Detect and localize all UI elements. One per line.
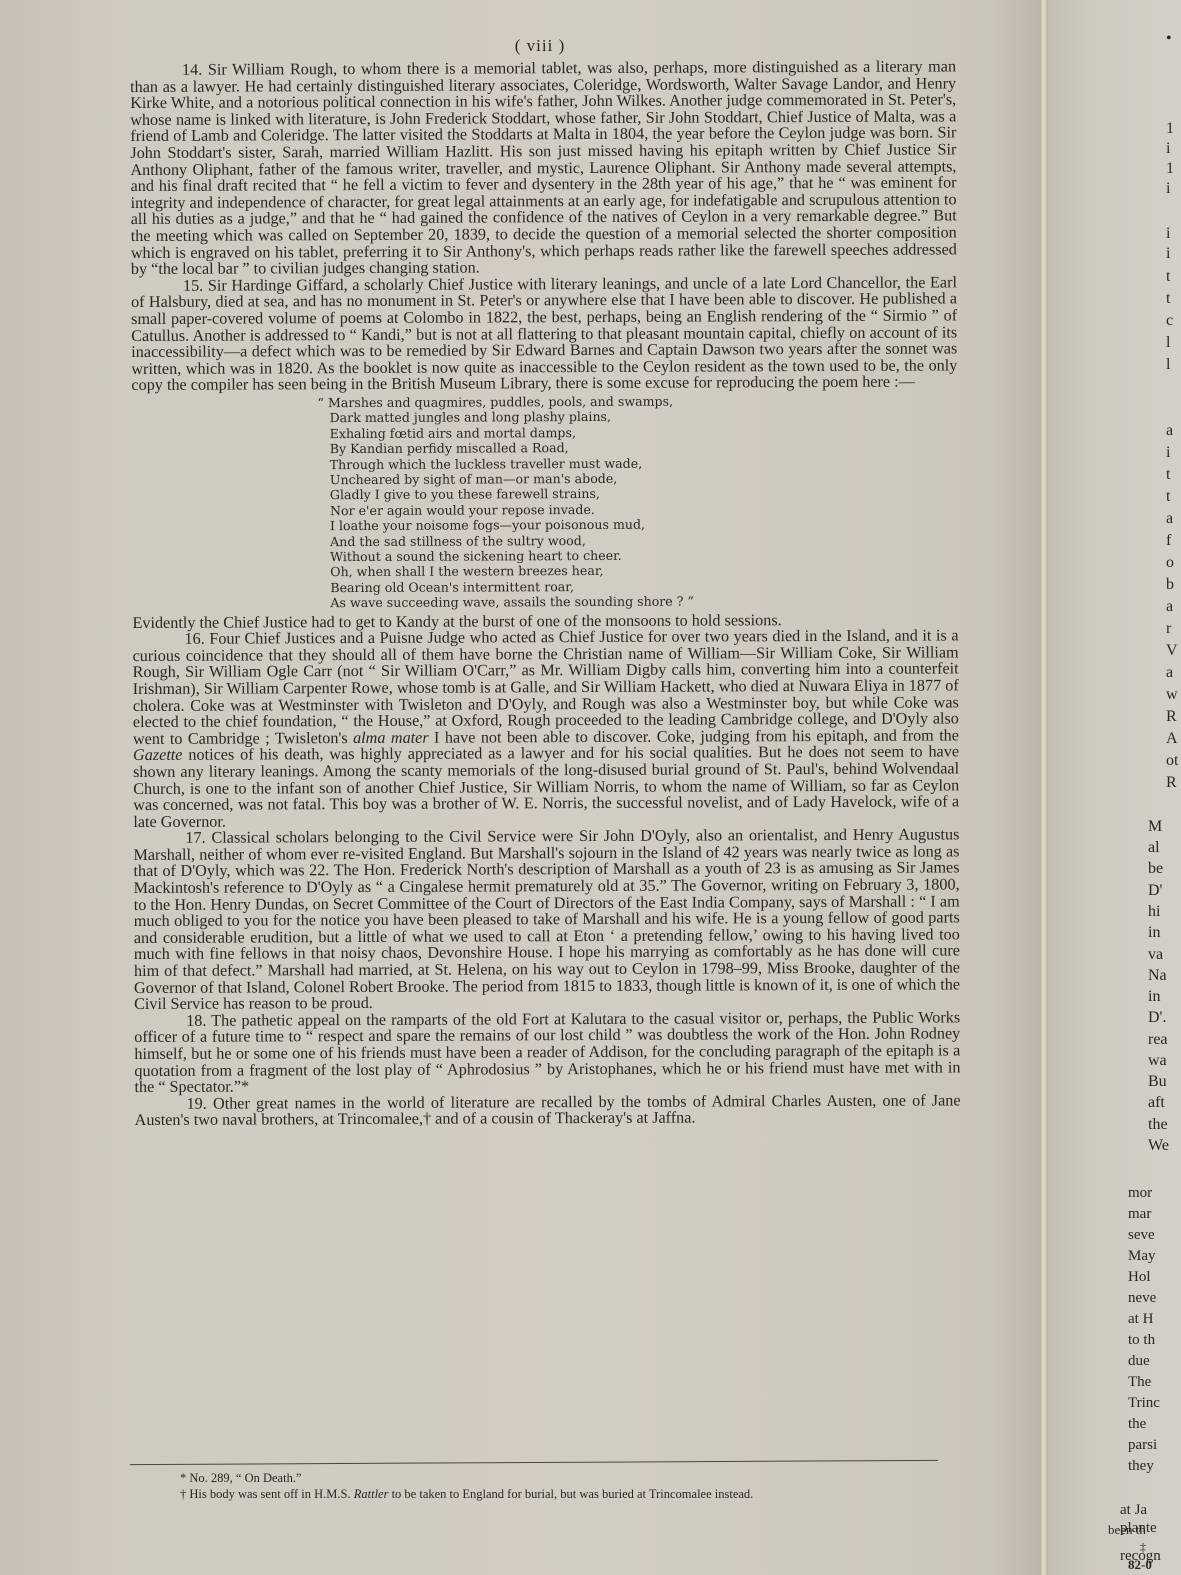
- next-page-fragment: a: [1166, 664, 1173, 682]
- italic-gazette: Gazette: [133, 746, 183, 764]
- next-page-footer-line: been th: [1108, 1522, 1146, 1538]
- next-page-fragment: t: [1166, 466, 1170, 484]
- footnote-star: * No. 289, “ On Death.”: [180, 1470, 940, 1486]
- next-page-edge: •1i1iiittcllaittafobarVawRAotRMalbeD'hii…: [1048, 0, 1181, 1575]
- paragraph-14: 14. Sir William Rough, to whom there is …: [130, 58, 957, 277]
- next-page-fragment: t: [1166, 290, 1170, 308]
- next-page-fragment: t: [1166, 488, 1170, 506]
- next-page-fragment: Na: [1148, 967, 1167, 985]
- next-page-fragment: mor: [1128, 1185, 1152, 1202]
- italic-ship-name: Rattler: [354, 1487, 389, 1501]
- poem-line: As wave succeeding wave, assails the sou…: [318, 593, 958, 611]
- next-page-fragment: mar: [1128, 1206, 1151, 1223]
- next-page-fragment: D'.: [1148, 1009, 1166, 1027]
- next-page-fragment: i: [1166, 225, 1170, 243]
- next-page-fragment: al: [1148, 839, 1160, 857]
- next-page-fragment: •: [1166, 30, 1172, 48]
- next-page-fragment: A: [1166, 730, 1178, 748]
- next-page-fragment: 1: [1166, 160, 1174, 178]
- next-page-fragment: r: [1166, 620, 1171, 638]
- next-page-fragment: l: [1166, 356, 1170, 374]
- next-page-fragment: b: [1166, 576, 1174, 594]
- next-page-fragment: at H: [1128, 1311, 1153, 1328]
- next-page-fragment: to th: [1128, 1332, 1155, 1349]
- next-page-fragment: 1: [1166, 120, 1174, 138]
- page-body: 14. Sir William Rough, to whom there is …: [130, 58, 961, 1129]
- next-page-fragment: D': [1148, 882, 1162, 900]
- book-gutter: [1040, 0, 1048, 1575]
- next-page-fragment: M: [1148, 818, 1162, 836]
- text-run: to be taken to England for burial, but w…: [388, 1487, 753, 1501]
- next-page-fragment: f: [1166, 532, 1171, 550]
- next-page-fragment: they: [1128, 1458, 1154, 1475]
- text-run: notices of his death, was highly appreci…: [133, 743, 959, 831]
- next-page-fragment: wa: [1148, 1052, 1167, 1070]
- next-page-fragment: t: [1166, 268, 1170, 286]
- next-page-fragment: Trinc: [1128, 1395, 1160, 1412]
- next-page-fragment: the: [1148, 1116, 1168, 1134]
- poem-kandi: “ Marshes and quagmires, puddles, pools,…: [317, 392, 958, 610]
- next-page-fragment: R: [1166, 708, 1177, 726]
- footnote-rule: [130, 1460, 938, 1465]
- next-page-fragment: V: [1166, 642, 1178, 660]
- next-page-fragment: Hol: [1128, 1269, 1151, 1286]
- italic-alma-mater: alma mater: [353, 728, 429, 746]
- book-page: ( viii ) 14. Sir William Rough, to whom …: [0, 0, 1040, 1575]
- next-page-fragment: May: [1128, 1248, 1156, 1265]
- paragraph-15: 15. Sir Hardinge Giffard, a scholarly Ch…: [131, 274, 957, 394]
- next-page-fragment: i: [1166, 140, 1170, 158]
- next-page-fragment: l: [1166, 334, 1170, 352]
- next-page-fragment: ot: [1166, 752, 1178, 770]
- paragraph-18: 18. The pathetic appeal on the ramparts …: [134, 1009, 960, 1096]
- next-page-footer-mark: ‡: [1140, 1540, 1146, 1555]
- next-page-fragment: hi: [1148, 903, 1160, 921]
- next-page-fragment: We: [1148, 1137, 1169, 1155]
- next-page-fragment: a: [1166, 422, 1173, 440]
- next-page-fragment: in: [1148, 988, 1160, 1006]
- next-page-fragment: in: [1148, 924, 1160, 942]
- next-page-fragment: aft: [1148, 1094, 1165, 1112]
- next-page-fragment: a: [1166, 510, 1173, 528]
- next-page-fragment: at Ja: [1120, 1502, 1147, 1519]
- next-page-signature-code: 82-0: [1128, 1557, 1152, 1573]
- next-page-fragment: neve: [1128, 1290, 1156, 1307]
- next-page-fragment: w: [1166, 686, 1178, 704]
- page-number: ( viii ): [0, 36, 1080, 56]
- next-page-fragment: The: [1128, 1374, 1151, 1391]
- text-run: † His body was sent off in H.M.S.: [180, 1487, 354, 1501]
- next-page-fragment: a: [1166, 598, 1173, 616]
- paragraph-17: 17. Classical scholars belonging to the …: [133, 827, 960, 1013]
- paragraph-16: 16. Four Chief Justices and a Puisne Jud…: [132, 628, 959, 831]
- next-page-fragment: due: [1128, 1353, 1150, 1370]
- next-page-fragment: parsi: [1128, 1437, 1157, 1454]
- footnote-dagger: † His body was sent off in H.M.S. Rattle…: [180, 1486, 940, 1502]
- next-page-fragment: i: [1166, 245, 1170, 263]
- next-page-fragment: va: [1148, 946, 1163, 964]
- next-page-fragment: the: [1128, 1416, 1146, 1433]
- footnotes: * No. 289, “ On Death.” † His body was s…: [180, 1470, 940, 1502]
- next-page-fragment: R: [1166, 774, 1177, 792]
- paragraph-19: 19. Other great names in the world of li…: [135, 1092, 961, 1129]
- next-page-fragment: Bu: [1148, 1073, 1167, 1091]
- next-page-fragment: i: [1166, 444, 1170, 462]
- next-page-fragment: rea: [1148, 1031, 1168, 1049]
- next-page-fragment: seve: [1128, 1227, 1155, 1244]
- next-page-fragment: c: [1166, 312, 1173, 330]
- next-page-fragment: i: [1166, 180, 1170, 198]
- next-page-fragment: be: [1148, 860, 1163, 878]
- next-page-fragment: o: [1166, 554, 1174, 572]
